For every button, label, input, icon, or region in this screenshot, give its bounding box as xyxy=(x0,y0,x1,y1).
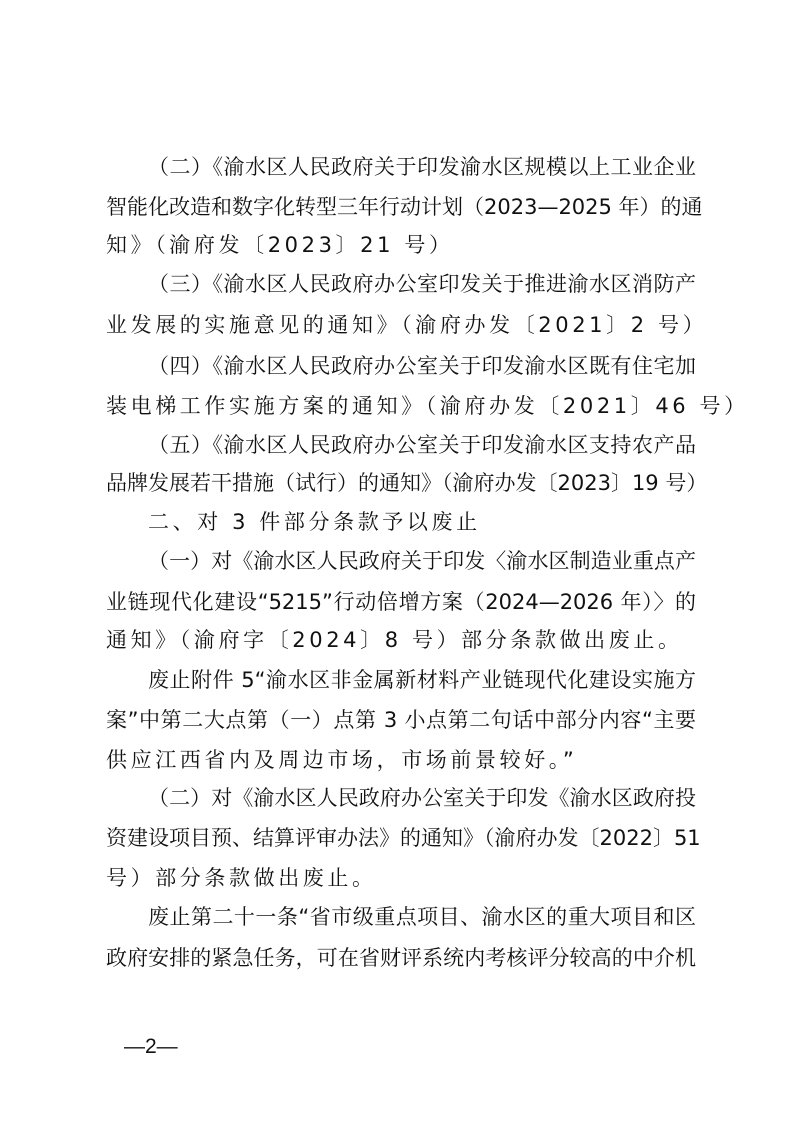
text-line: 品牌发展若干措施（试行）的通知》（渝府办发〔2023〕19 号） xyxy=(106,469,696,497)
text-line: 知》（渝府发〔2023〕21 号） xyxy=(106,231,696,259)
text-line: 业链现代化建设“5215”行动倍增方案（2024—2026 年）〉的 xyxy=(106,588,696,616)
text-line: 政府安排的紧急任务，可在省财评系统内考核评分较高的中介机 xyxy=(106,944,696,972)
text-line: （一）对《渝水区人民政府关于印发〈渝水区制造业重点产 xyxy=(148,547,696,575)
text-line: 业发展的实施意见的通知》（渝府办发〔2021〕2 号） xyxy=(106,311,696,339)
page-number: —2— xyxy=(124,1033,178,1061)
text-line: 智能化改造和数字化转型三年行动计划（2023—2025 年）的通 xyxy=(106,193,696,221)
text-line: 案”中第二大点第（一）点第 3 小点第二句话中部分内容“主要 xyxy=(106,706,696,734)
text-line: 资建设项目预、结算评审办法》的通知》（渝府办发〔2022〕51 xyxy=(106,824,696,852)
text-line: 装电梯工作实施方案的通知》（渝府办发〔2021〕46 号） xyxy=(106,392,696,420)
text-line: 废止第二十一条“省市级重点项目、渝水区的重大项目和区 xyxy=(148,903,696,931)
text-line: （二）对《渝水区人民政府办公室关于印发《渝水区政府投 xyxy=(148,784,696,812)
document-page: （二）《渝水区人民政府关于印发渝水区规模以上工业企业 智能化改造和数字化转型三年… xyxy=(0,0,793,1122)
text-line: 废止附件 5“渝水区非金属新材料产业链现代化建设实施方 xyxy=(148,666,696,694)
text-line: 号）部分条款做出废止。 xyxy=(106,864,696,892)
text-line: （五）《渝水区人民政府办公室关于印发渝水区支持农产品 xyxy=(148,431,696,459)
text-line: 通知》（渝府字〔2024〕8 号）部分条款做出废止。 xyxy=(106,626,696,654)
text-line: （四）《渝水区人民政府办公室关于印发渝水区既有住宅加 xyxy=(148,352,696,380)
text-line: 供应江西省内及周边市场，市场前景较好。” xyxy=(106,746,696,774)
text-line: （三）《渝水区人民政府办公室印发关于推进渝水区消防产 xyxy=(148,270,696,298)
text-line: （二）《渝水区人民政府关于印发渝水区规模以上工业企业 xyxy=(148,153,696,181)
section-heading: 二、对 3 件部分条款予以废止 xyxy=(148,508,696,536)
